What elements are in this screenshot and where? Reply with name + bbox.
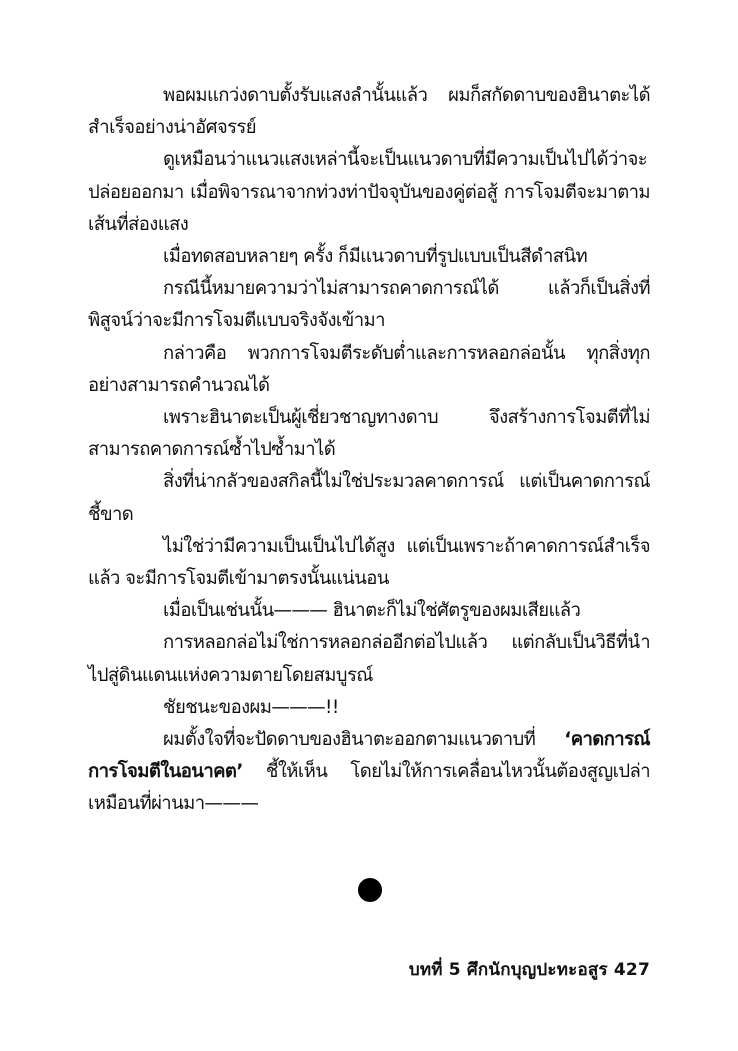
paragraph: ผมตั้งใจที่จะปัดดาบของฮินาตะออกตามแนวดาบ…: [88, 724, 650, 821]
running-head: บทที่ 5 ศึกนักบุญปะทะอสูร: [409, 960, 608, 980]
paragraph-text: ผมตั้งใจที่จะปัดดาบของฮินาตะออกตามแนวดาบ…: [163, 729, 564, 750]
paragraph: เพราะฮินาตะเป็นผู้เชี่ยวชาญทางดาบ จึงสร้…: [88, 402, 650, 466]
section-break-bullet-icon: [358, 878, 382, 902]
paragraph: เมื่อเป็นเช่นนั้น——— ฮินาตะก็ไม่ใช่ศัตรู…: [88, 595, 650, 627]
page-footer: บทที่ 5 ศึกนักบุญปะทะอสูร 427: [409, 956, 650, 983]
paragraph: กรณีนี้หมายความว่าไม่สามารถคาดการณ์ได้ แ…: [88, 273, 650, 337]
paragraph: กล่าวคือ พวกการโจมตีระดับต่ำและการหลอกล่…: [88, 338, 650, 402]
paragraph: ชัยชนะของผม———!!: [88, 692, 650, 724]
paragraph: สิ่งที่น่ากลัวของสกิลนี้ไม่ใช่ประมวลคาดก…: [88, 466, 650, 530]
book-page: พอผมแกว่งดาบตั้งรับแสงลำนั้นแล้ว ผมก็สกั…: [0, 0, 738, 1051]
paragraph: ดูเหมือนว่าแนวแสงเหล่านี้จะเป็นแนวดาบที่…: [88, 144, 650, 241]
paragraph: เมื่อทดสอบหลายๆ ครั้ง ก็มีแนวดาบที่รูปแบ…: [88, 241, 650, 273]
paragraph: พอผมแกว่งดาบตั้งรับแสงลำนั้นแล้ว ผมก็สกั…: [88, 80, 650, 144]
page-number: 427: [614, 960, 650, 980]
paragraph: ไม่ใช่ว่ามีความเป็นเป็นไปได้สูง แต่เป็นเ…: [88, 531, 650, 595]
body-text: พอผมแกว่งดาบตั้งรับแสงลำนั้นแล้ว ผมก็สกั…: [88, 80, 650, 821]
paragraph: การหลอกล่อไม่ใช่การหลอกล่ออีกต่อไปแล้ว แ…: [88, 627, 650, 691]
